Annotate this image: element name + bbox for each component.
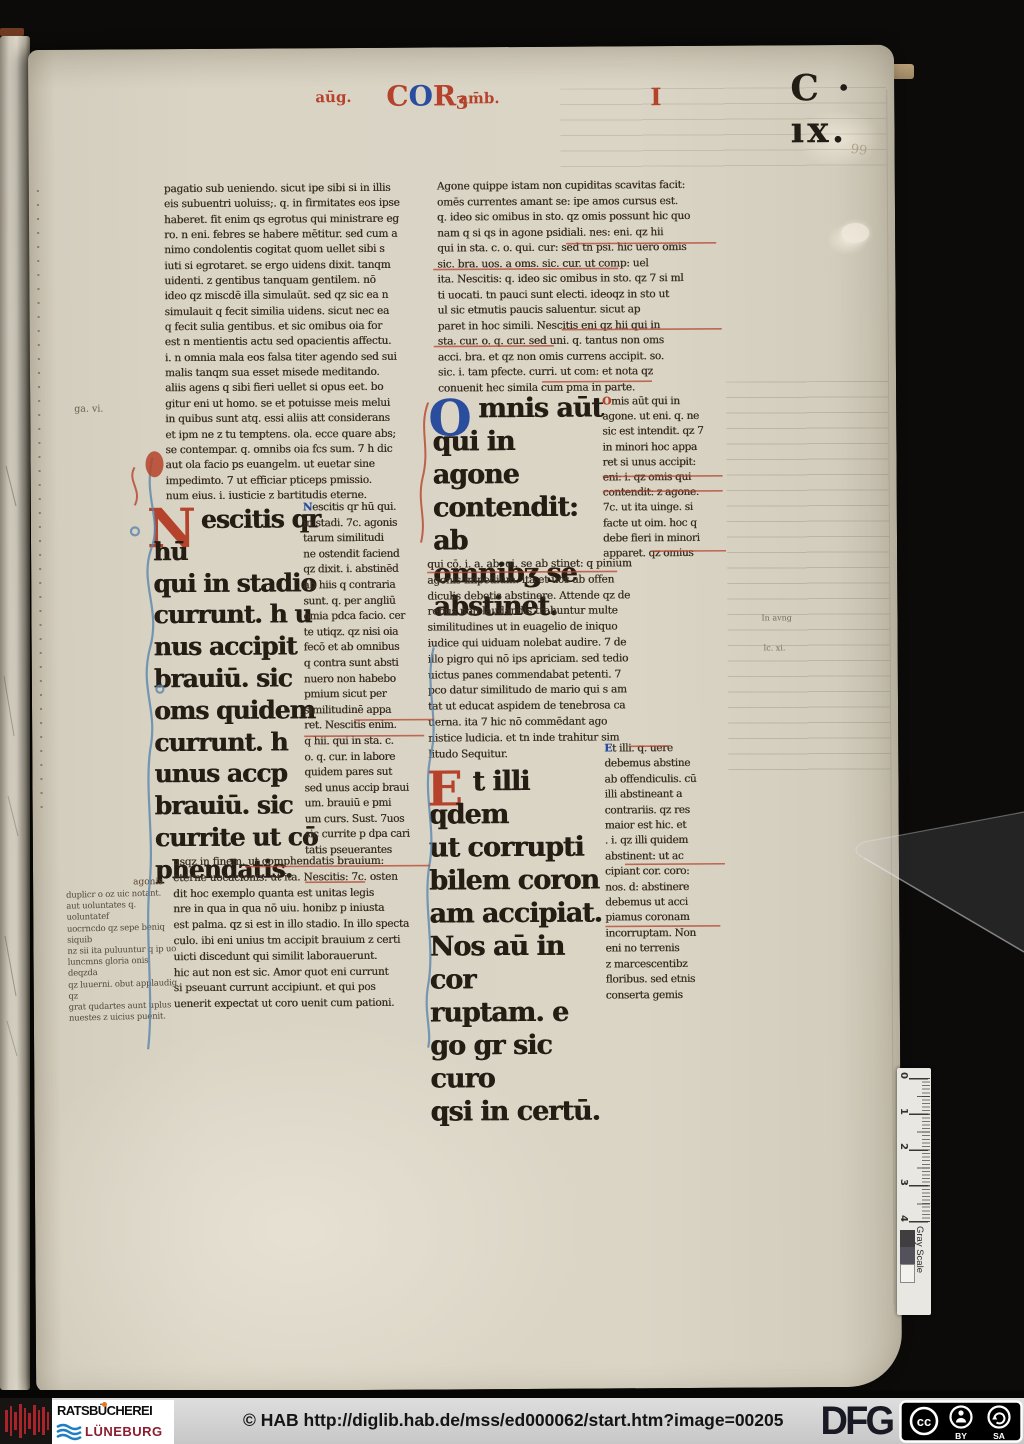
fore-edge-marks xyxy=(0,36,30,1390)
gray-patch-dark xyxy=(900,1230,915,1247)
ruler-number-2: 2 xyxy=(897,1143,909,1155)
book-fore-edge xyxy=(0,36,30,1390)
ruler-number-4: 4 xyxy=(897,1215,909,1227)
library-city: LÜNEBURG xyxy=(85,1424,163,1440)
footer-divider xyxy=(0,1390,1024,1398)
grayscale-ruler: 0 1 2 3 4 Gray Scale xyxy=(897,1068,931,1315)
red-underlines xyxy=(241,243,728,929)
copyright-url: © HAB http://diglib.hab.de/mss/ed000062/… xyxy=(243,1409,783,1431)
parchment-stain xyxy=(841,223,869,243)
gray-patch-white xyxy=(900,1264,915,1283)
wave-book-icon xyxy=(55,1423,83,1441)
ruler-number-3: 3 xyxy=(897,1179,909,1191)
logo-accent-dot xyxy=(102,1402,107,1407)
pen-flourishes-and-underlines xyxy=(28,45,902,1392)
manuscript-page: aūg. CORʒ am̄b. I C · ıx. 99 pagatio sub… xyxy=(28,45,902,1392)
svg-text:cc: cc xyxy=(917,1414,931,1429)
grayscale-label: Gray Scale xyxy=(914,1226,925,1296)
cc-by-sa-badge: cc BY SA xyxy=(899,1400,1023,1443)
svg-text:SA: SA xyxy=(993,1431,1005,1441)
svg-text:BY: BY xyxy=(955,1431,967,1441)
ruler-number-1: 1 xyxy=(897,1108,909,1120)
board-edge xyxy=(0,28,24,36)
ruler-ticks-cm xyxy=(909,1078,928,1223)
ratsbuecherei-logo-bars xyxy=(0,1398,52,1444)
flourish-knot xyxy=(145,451,163,477)
digitized-manuscript-viewer: { "header": { "left_abbrev": "aūg.", "bo… xyxy=(0,0,1024,1444)
page-holder-clip xyxy=(840,800,1024,985)
ruler-number-0: 0 xyxy=(897,1072,909,1084)
ratsbuecherei-logo: RATSBÜCHEREI LÜNEBURG xyxy=(52,1400,174,1444)
gray-patch-mid xyxy=(900,1247,915,1264)
red-bars-icon xyxy=(0,1398,52,1444)
